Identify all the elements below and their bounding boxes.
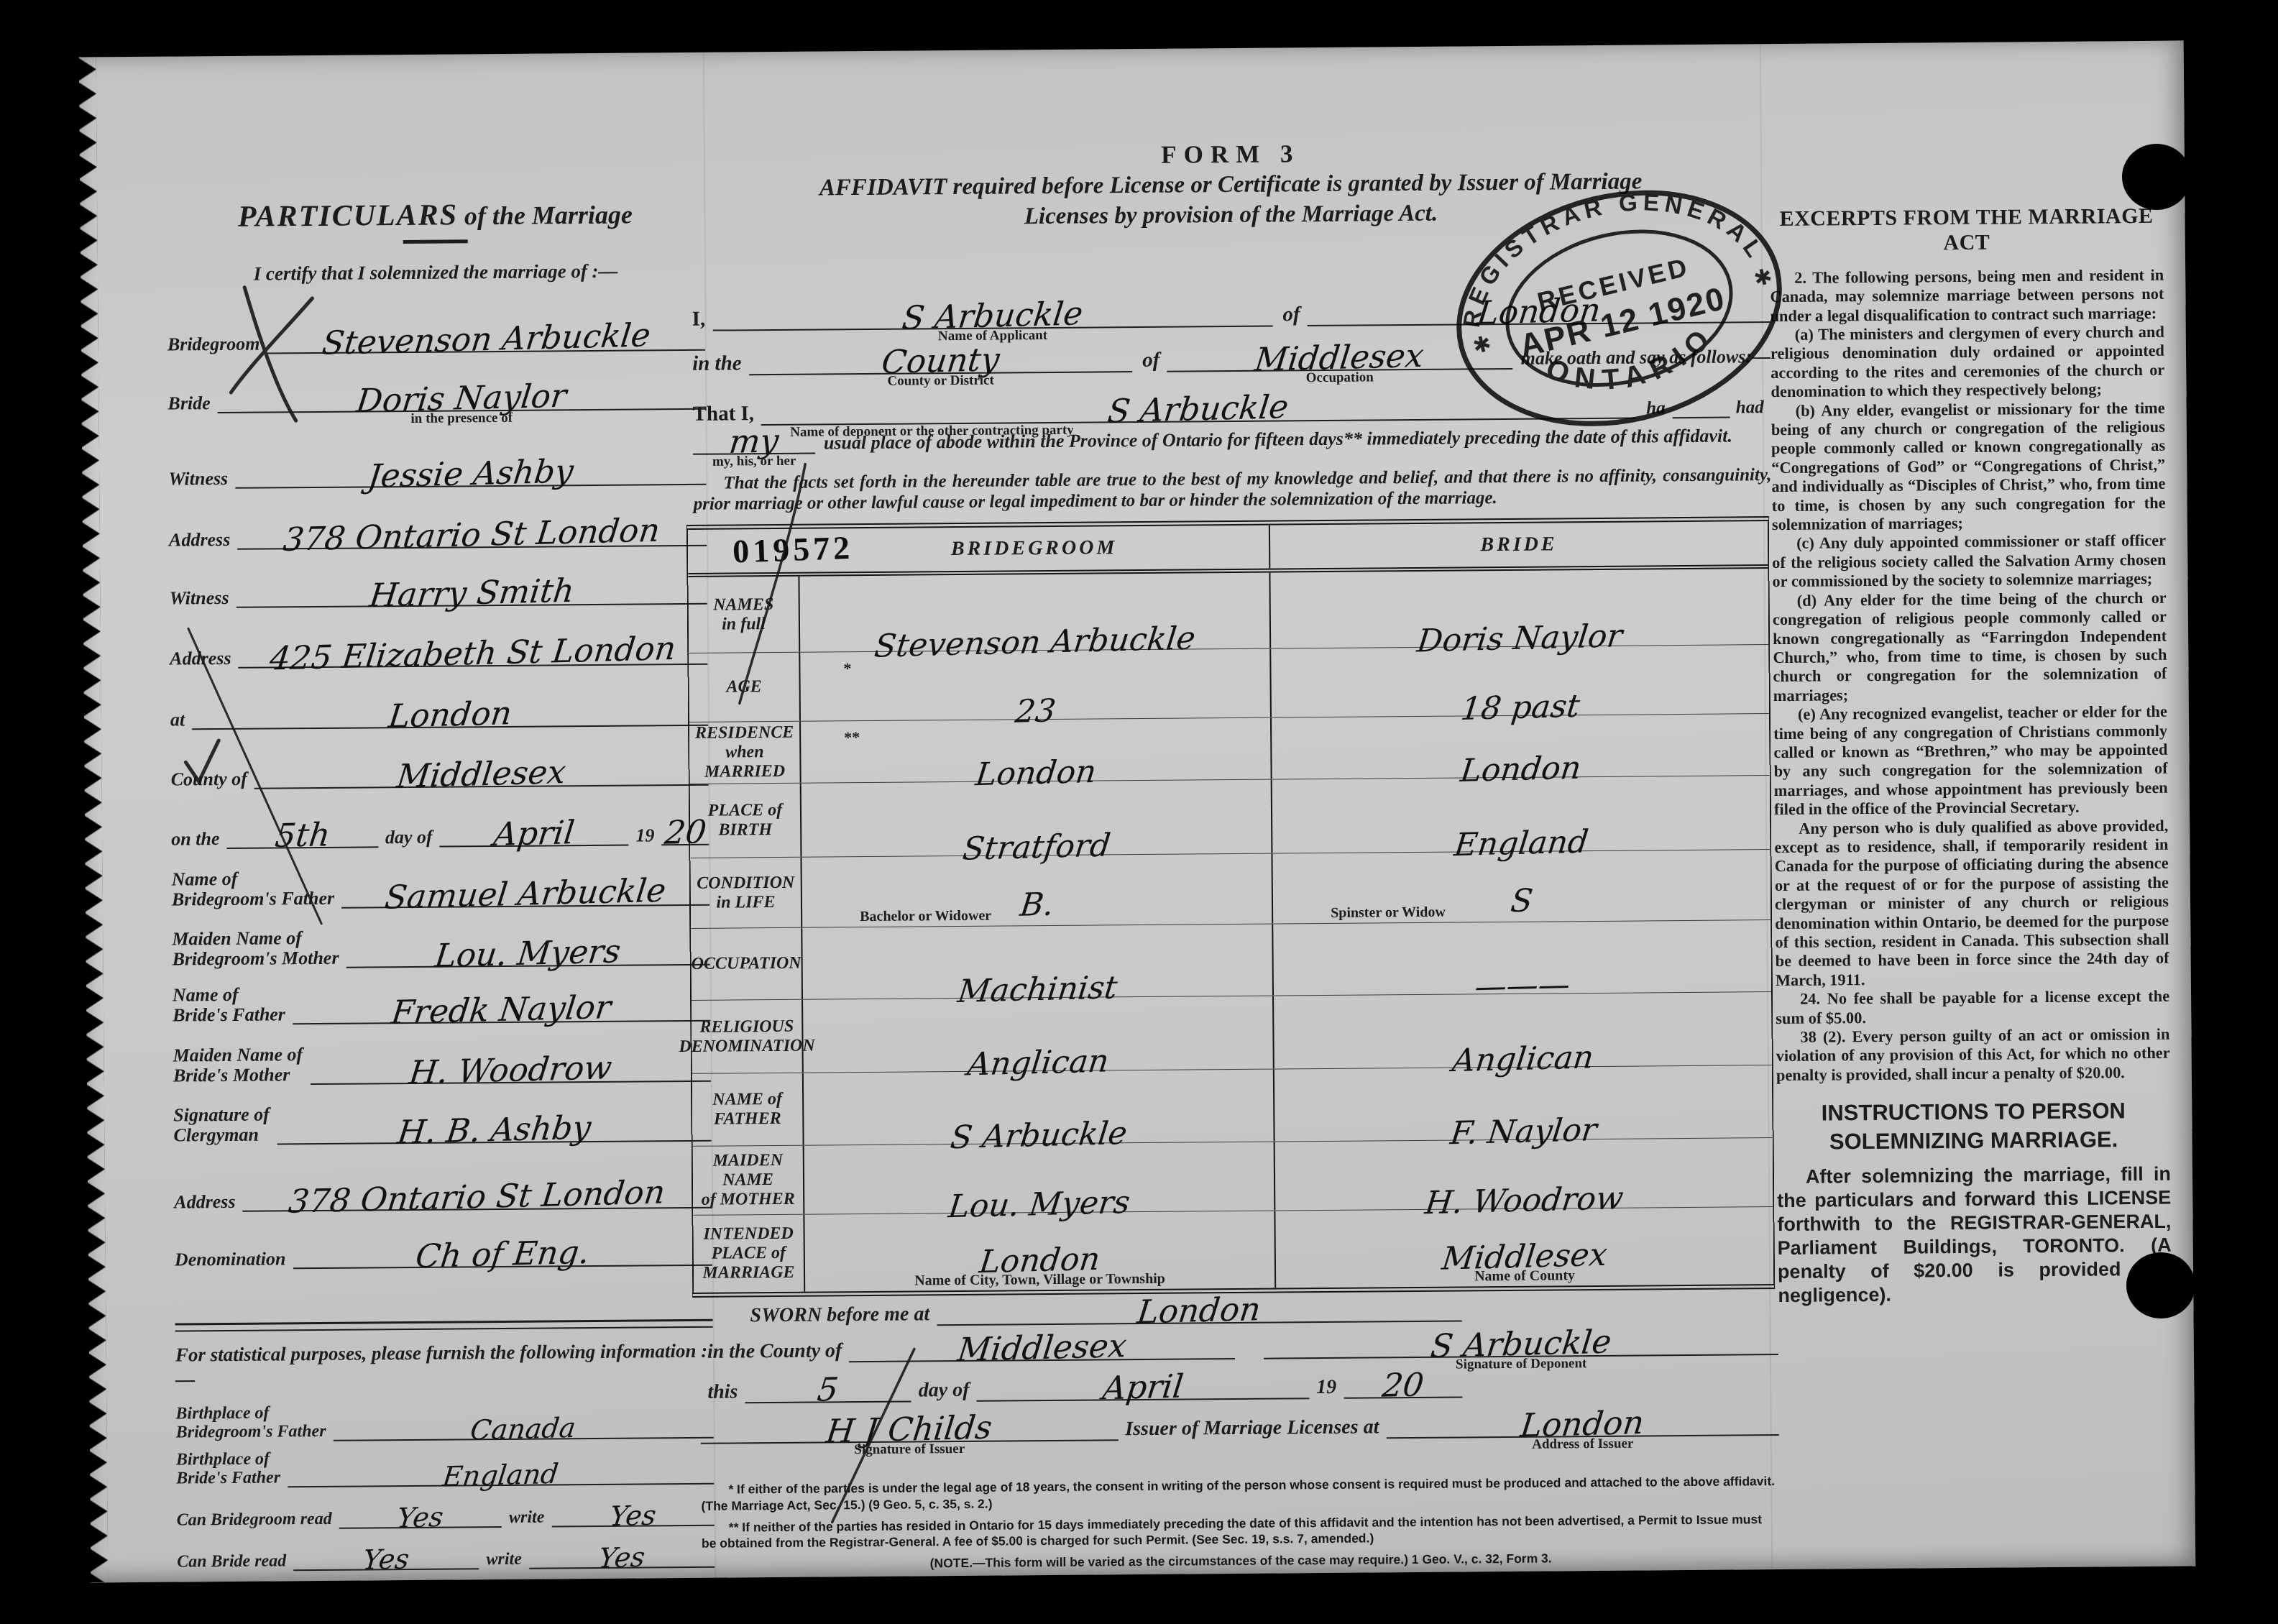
section-divider-rule (175, 1319, 713, 1332)
table-row-religion: RELIGIOUS DENOMINATION Anglican Anglican (692, 992, 1772, 1074)
field-line: London (192, 692, 708, 730)
label-in-the: in the (692, 352, 749, 376)
row-label: AGE (689, 653, 801, 722)
instructions-body: After solemnizing the marriage, fill in … (1777, 1162, 2172, 1307)
field-line: Doris Naylor in the presence of (217, 376, 705, 413)
stamp-star-left-icon: ✱ (1470, 331, 1494, 359)
stat-value2: Yes (597, 1543, 646, 1572)
scanned-document-background: PARTICULARS of the Marriage I certify th… (0, 0, 2278, 1624)
field-value: Harry Smith (367, 574, 576, 612)
particulars-title-main: PARTICULARS (238, 198, 458, 233)
year-prefix: 19 (1309, 1376, 1344, 1399)
row-label: NAMES in full (688, 577, 800, 653)
statistical-heading: For statistical purposes, please furnish… (175, 1339, 714, 1392)
bride-condition-sublabel: Spinster or Widow (1331, 904, 1446, 922)
groom-cell: Stevenson Arbuckle (799, 573, 1269, 652)
stat-value: Yes (362, 1545, 410, 1574)
field-label: Address (169, 530, 237, 551)
stat-label: Can Bride read (177, 1552, 293, 1572)
excerpt-paragraph: (d) Any elder for the time being of the … (1773, 588, 2167, 705)
sworn-day-line: 5 (745, 1368, 911, 1403)
groom-condition-sublabel: Bachelor or Widower (860, 908, 991, 925)
field-row-clergyman: Signature of Clergyman H. B. Ashby (173, 1100, 711, 1146)
table-row-names: NAMES in full Stevenson Arbuckle Doris N… (688, 569, 1768, 653)
excerpts-section: EXCERPTS FROM THE MARRIAGE ACT 2. The fo… (1769, 203, 2172, 1308)
bridegroom-bride-table: 019572 BRIDEGROOM BRIDE NAMES in full St… (686, 516, 1775, 1298)
field-line: Stevenson Arbuckle (267, 317, 705, 354)
field-label: County of (170, 769, 254, 790)
excerpt-paragraph: 24. No fee shall be payable for a licens… (1776, 987, 2169, 1028)
field-line: Fredk Naylor (293, 988, 711, 1025)
groom-cell: *23 (800, 649, 1270, 721)
groom-cell: Stratford (802, 780, 1272, 857)
table-row-birthplace: PLACE of BIRTH Stratford England (690, 776, 1770, 858)
day-of-label: day of (911, 1379, 977, 1403)
particulars-section: PARTICULARS of the Marriage I certify th… (165, 52, 715, 1582)
field-value: Lou. Myers (433, 935, 623, 972)
stat-line2: Yes (529, 1539, 715, 1569)
torn-edge (78, 57, 109, 1582)
groom-cell: Lou. Myers (804, 1142, 1275, 1214)
groom-cell: Anglican (803, 996, 1273, 1073)
field-label: Address (170, 648, 238, 669)
bride-cell: Doris Naylor (1269, 569, 1768, 648)
stat-line: Yes (293, 1541, 479, 1571)
issuer-signature-line: H J Childs Signature of Issuer (701, 1407, 1119, 1444)
field-value: H. B. Ashby (395, 1111, 592, 1149)
field-row-at: at London (170, 684, 708, 730)
date-day-line: 5th (226, 814, 378, 849)
row-label: INTENDED PLACE of MARRIAGE (693, 1215, 805, 1293)
field-value: H. Woodrow (408, 1051, 614, 1088)
bride-cell: Middlesex Name of County (1274, 1207, 1773, 1288)
table-row-age: AGE *23 18 past (689, 645, 1769, 722)
column-header-bridegroom: BRIDEGROOM (799, 526, 1269, 572)
date-month-value: April (492, 816, 576, 850)
stat-row-groom-father-birthplace: Birthplace of Bridegroom's Father Canada (175, 1397, 713, 1443)
bride-cell: S Spinster or Widow (1271, 850, 1770, 923)
field-row-bride: Bride Doris Naylor in the presence of (167, 368, 705, 414)
stat-value2: Yes (608, 1502, 657, 1531)
stat-label2: write (502, 1509, 552, 1528)
field-value: 378 Ontario St London (287, 1176, 667, 1218)
stat-row-bride-literacy: Can Bride read Yes write Yes (177, 1535, 715, 1572)
field-line: Jessie Ashby (235, 451, 707, 489)
field-label: Bridegroom (167, 334, 267, 354)
stamp-star-right-icon: ✱ (1751, 264, 1775, 293)
field-line: Harry Smith (236, 571, 707, 608)
field-label: Signature of Clergyman (173, 1104, 277, 1145)
stat-value: England (441, 1460, 560, 1490)
particulars-title-rest: of the Marriage (458, 200, 633, 230)
field-value: Samuel Arbuckle (383, 874, 668, 914)
excerpt-paragraph: (e) Any recognized evangelist, teacher o… (1773, 702, 2168, 820)
title-underline (403, 239, 468, 244)
field-row-groom-mother: Maiden Name of Bridegroom's Mother Lou. … (172, 924, 709, 970)
field-line: Middlesex (254, 752, 709, 789)
particulars-title: PARTICULARS of the Marriage (166, 196, 704, 246)
bride-cell: H. Woodrow (1274, 1138, 1773, 1210)
field-label: Maiden Name of Bride's Mother (173, 1045, 311, 1086)
column-header-bride: BRIDE (1269, 521, 1768, 568)
field-label: Bride (167, 393, 217, 414)
field-label: Denomination (175, 1249, 293, 1270)
field-sublabel: in the presence of (218, 409, 706, 428)
sworn-year-line: 20 (1344, 1364, 1463, 1398)
facts-paragraph: That the facts set forth in the hereunde… (693, 464, 1771, 515)
deponent-signature-line: S Arbuckle Signature of Deponent (1264, 1321, 1778, 1359)
groom-cell: B. Bachelor or Widower (802, 854, 1272, 927)
affidavit-page: PARTICULARS of the Marriage I certify th… (79, 41, 2196, 1583)
stat-row-bride-father-birthplace: Birthplace of Bride's Father England (176, 1443, 714, 1489)
sworn-county-label: in the County of (700, 1339, 850, 1364)
footnotes: * If either of the parties is under the … (701, 1473, 1780, 1579)
field-value: 378 Ontario St London (282, 514, 662, 556)
field-line: Lou. Myers (346, 932, 709, 968)
excerpt-paragraph: (a) The ministers and clergymen of every… (1770, 323, 2165, 402)
groom-cell: S Arbuckle (804, 1070, 1274, 1145)
field-value: 425 Elizabeth St London (268, 632, 678, 674)
row-label: CONDITION in LIFE (690, 858, 802, 928)
punch-hole-top (2122, 144, 2191, 210)
applicant-line: S Arbuckle Name of Applicant (712, 293, 1273, 331)
row-label: NAME of FATHER (692, 1073, 804, 1146)
field-label: Witness (168, 469, 235, 490)
table-row-residence: RESIDENCE when MARRIED **London London (689, 714, 1770, 784)
excerpt-paragraph: (c) Any duly appointed commissioner or s… (1772, 531, 2167, 592)
stat-row-groom-literacy: Can Bridegroom read Yes write Yes (176, 1493, 714, 1531)
bride-cell: ——— (1272, 920, 1771, 995)
stat-line: Canada (333, 1410, 714, 1441)
field-row-groom-father: Name of Bridegroom's Father Samuel Arbuc… (172, 864, 709, 910)
bride-cell: London (1270, 714, 1770, 779)
groom-cell: Machinist (802, 925, 1272, 999)
date-year-prefix: 19 (628, 825, 661, 845)
issuer-address-sublabel: Address of Issuer (1386, 1435, 1779, 1454)
issuer-label: Issuer of Marriage Licenses at (1118, 1416, 1386, 1441)
instructions-heading: INSTRUCTIONS TO PERSON SOLEMNIZING MARRI… (1776, 1096, 2171, 1157)
this-label: this (700, 1380, 745, 1403)
label-i: I, (692, 308, 712, 331)
sworn-month-line: April (976, 1365, 1309, 1402)
field-row-witness2: Witness Harry Smith (169, 563, 707, 609)
field-row-denomination: Denomination Ch of Eng. (175, 1224, 712, 1270)
issuer-place-line: London Address of Issuer (1386, 1402, 1779, 1439)
footnote-1: * If either of the parties is under the … (701, 1473, 1779, 1514)
row-label: OCCUPATION (691, 928, 803, 1000)
groom-cell: London Name of City, Town, Village or To… (804, 1211, 1275, 1292)
license-serial-number: 019572 (732, 528, 854, 571)
stat-line: England (288, 1456, 715, 1488)
sworn-row-county: in the County of Middlesex S Arbuckle Si… (700, 1313, 1778, 1364)
field-line: Ch of Eng. (293, 1232, 712, 1270)
field-row-bride-mother: Maiden Name of Bride's Mother H. Woodrow (173, 1040, 710, 1086)
label-of2: of (1132, 349, 1167, 372)
sworn-county-line: Middlesex (849, 1326, 1235, 1362)
field-label: Name of Bride's Father (173, 984, 293, 1025)
field-line: 425 Elizabeth St London (238, 631, 707, 669)
bride-cell: 18 past (1269, 645, 1769, 717)
stat-value: Canada (469, 1414, 578, 1444)
excerpt-paragraph: (b) Any elder, evangelist or missionary … (1771, 398, 2166, 534)
table-row-father: NAME of FATHER S Arbuckle F. Naylor (692, 1065, 1773, 1147)
bride-cell: F. Naylor (1273, 1065, 1773, 1141)
punch-hole-bottom (2126, 1252, 2195, 1318)
stat-label: Birthplace of Bridegroom's Father (175, 1404, 333, 1443)
field-value: Ch of Eng. (414, 1236, 591, 1272)
field-value: Fredk Naylor (390, 991, 612, 1029)
row-label: RESIDENCE when MARRIED (689, 722, 802, 784)
table-header: 019572 BRIDEGROOM BRIDE (688, 521, 1768, 577)
issuer-signature-sublabel: Signature of Issuer (701, 1440, 1119, 1459)
sworn-row-issuer: H J Childs Signature of Issuer Issuer of… (700, 1394, 1778, 1444)
abode-sublabel: my, his, or her (693, 454, 815, 470)
field-row-address1: Address 378 Ontario St London (169, 505, 707, 551)
row-label: PLACE of BIRTH (690, 784, 802, 858)
field-line: 378 Ontario St London (237, 513, 707, 550)
field-line: Samuel Arbuckle (341, 872, 709, 909)
field-row-county: County of Middlesex (170, 744, 708, 790)
stat-line: Yes (339, 1499, 502, 1529)
bride-cell: England (1271, 776, 1770, 853)
stat-label: Birthplace of Bride's Father (176, 1451, 288, 1489)
field-label: Address (174, 1192, 242, 1213)
field-row-date: on the 5th day of April 19 20 (171, 804, 709, 850)
footnote-mark: * (843, 659, 851, 678)
stat-label: Can Bridegroom read (177, 1510, 339, 1531)
row-label: RELIGIOUS DENOMINATION (692, 1000, 804, 1073)
excerpt-paragraph: 38 (2). Every person guilty of an act or… (1776, 1025, 2170, 1086)
stat-line2: Yes (551, 1497, 715, 1528)
field-value: Jessie Ashby (366, 455, 575, 492)
label-of: of (1272, 303, 1307, 326)
table-row-intended-place: INTENDED PLACE of MARRIAGE London Name o… (693, 1207, 1773, 1293)
table-row-mother: MAIDEN NAME of MOTHER Lou. Myers H. Wood… (693, 1138, 1773, 1216)
field-value: London (387, 697, 513, 732)
field-value: Stevenson Arbuckle (320, 318, 651, 359)
field-label: Witness (170, 588, 236, 609)
field-row-witness1: Witness Jessie Ashby (168, 444, 706, 490)
field-value: Middlesex (395, 756, 568, 792)
footnote-3: (NOTE.—This form will be varied as the c… (702, 1549, 1780, 1574)
field-label: at (170, 710, 192, 730)
field-label: Maiden Name of Bridegroom's Mother (172, 927, 346, 969)
abode-line: my my, his, or her (693, 421, 815, 455)
field-line: H. Woodrow (310, 1048, 711, 1085)
field-row-address2: Address 425 Elizabeth St London (170, 623, 707, 669)
footnote-mark: ** (844, 728, 860, 747)
field-line: H. B. Ashby (277, 1108, 712, 1145)
stat-label2: write (479, 1551, 529, 1569)
field-row-bride-father: Name of Bride's Father Fredk Naylor (173, 980, 710, 1026)
excerpt-paragraph: Any person who is duly qualified as abov… (1774, 816, 2169, 990)
excerpts-heading: EXCERPTS FROM THE MARRIAGE ACT (1769, 203, 2164, 257)
row-label: MAIDEN NAME of MOTHER (693, 1146, 805, 1215)
field-row-address3: Address 378 Ontario St London (174, 1167, 712, 1213)
date-month-line: April (439, 812, 628, 848)
stat-value: Yes (396, 1503, 445, 1532)
field-row-bridegroom: Bridegroom Stevenson Arbuckle (167, 309, 705, 355)
table-row-condition: CONDITION in LIFE B. Bachelor or Widower… (690, 850, 1770, 929)
table-row-occupation: OCCUPATION Machinist ——— (691, 920, 1771, 1001)
field-line: 378 Ontario St London (242, 1175, 712, 1212)
date-label-mid: day of (378, 827, 440, 848)
form-number: FORM 3 (691, 136, 1770, 173)
date-day-value: 5th (273, 818, 331, 852)
county-line: County County or District (748, 339, 1132, 375)
field-label: Name of Bridegroom's Father (172, 868, 342, 910)
footnote-2: ** If neither of the parties has resided… (702, 1511, 1780, 1552)
excerpt-paragraph: 2. The following persons, being men and … (1770, 266, 2164, 326)
bride-cell: Anglican (1272, 992, 1772, 1068)
certify-statement: I certify that I solemnized the marriage… (167, 260, 704, 286)
groom-cell: **London (801, 718, 1271, 783)
date-label-pre: on the (171, 829, 226, 850)
